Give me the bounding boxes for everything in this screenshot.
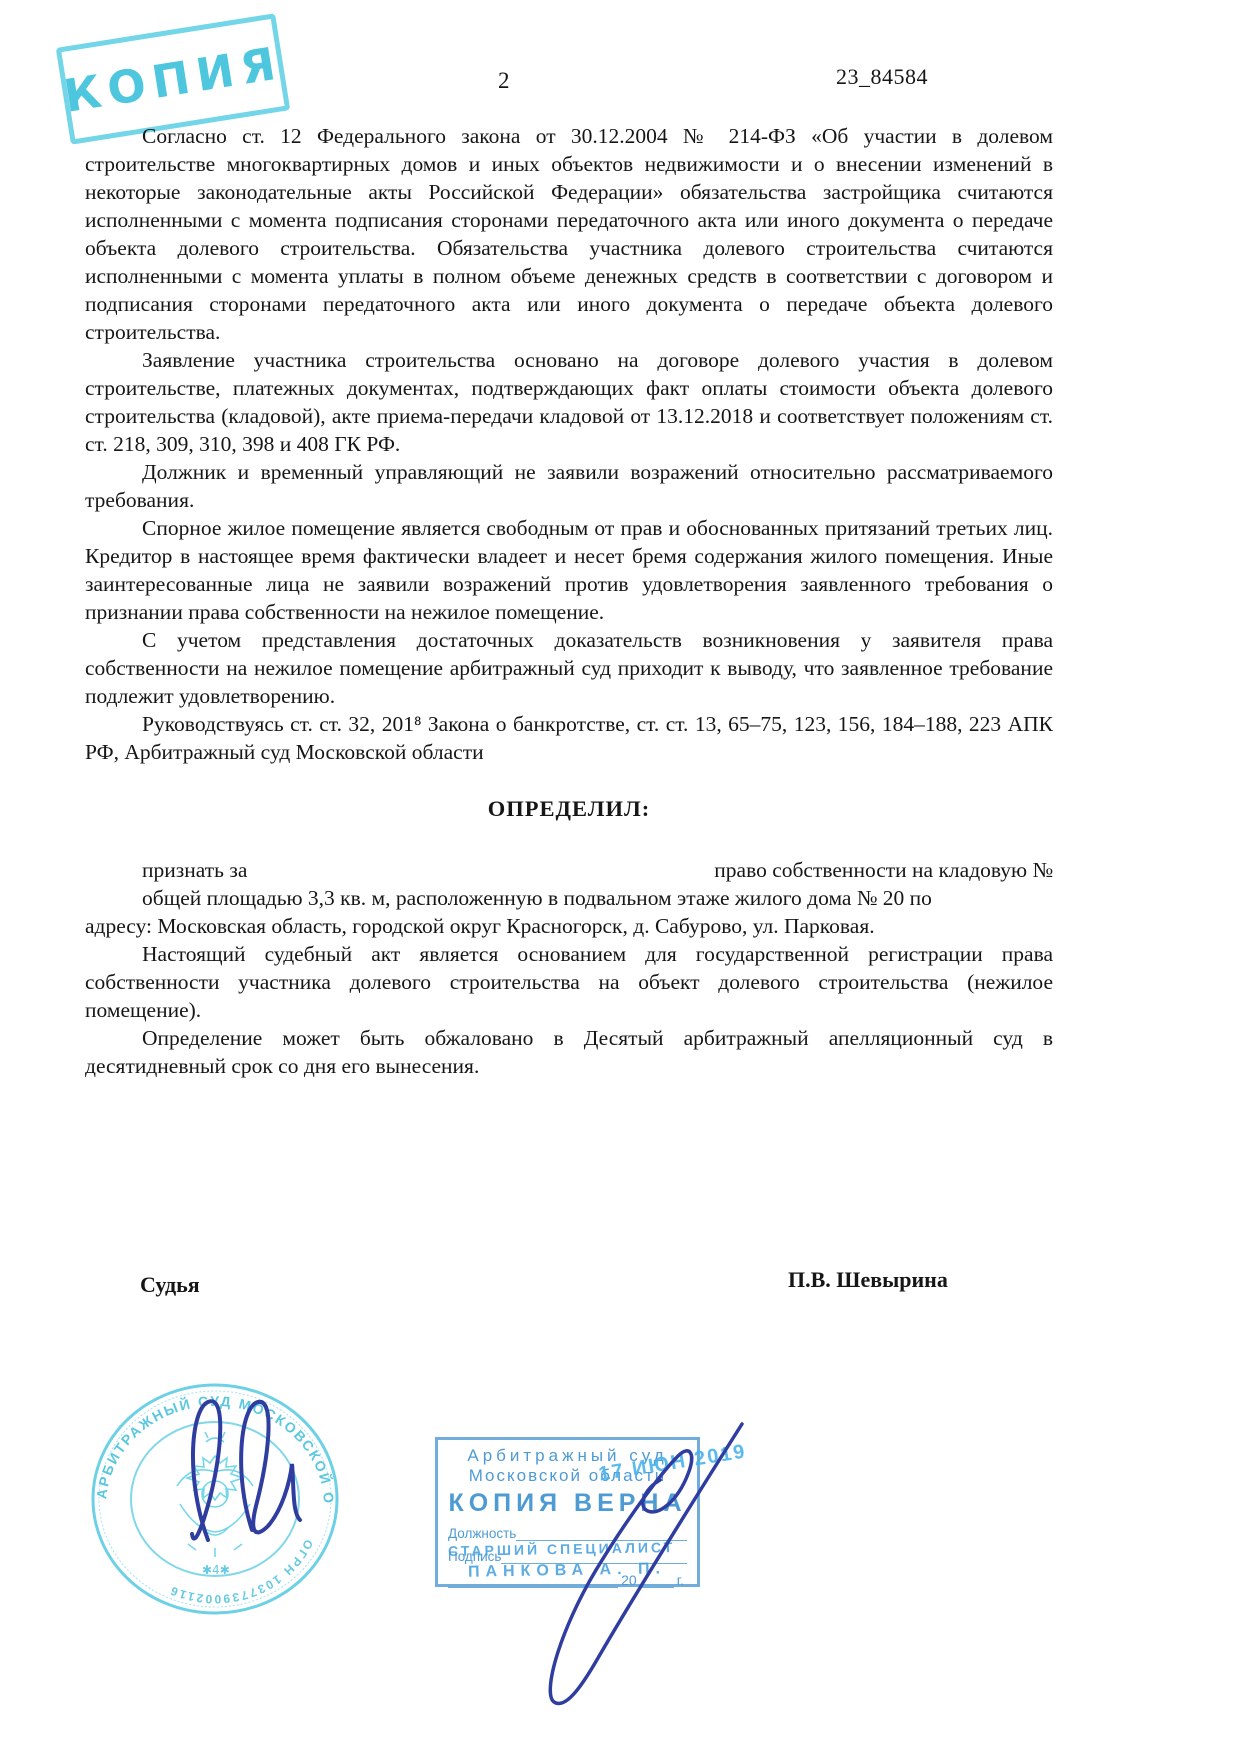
operative-line: адресу: Московская область, городской ок… [85,912,1053,940]
eagle-emblem [177,1432,253,1557]
seal-court-name: АРБИТРАЖНЫЙ СУД МОСКОВСКОЙ ОБЛАСТИ [84,1378,337,1506]
document-body: Согласно ст. 12 Федерального закона от 3… [85,122,1053,1080]
paragraph: Настоящий судебный акт является основани… [85,940,1053,1024]
court-seal: АРБИТРАЖНЫЙ СУД МОСКОВСКОЙ ОБЛАСТИ ОГРН … [84,1378,346,1624]
case-number: 23_84584 [836,64,928,90]
operative-line: признать за право собственности на кладо… [85,856,1053,884]
page-number: 2 [498,68,510,94]
paragraph: С учетом представления достаточных доказ… [85,626,1053,710]
paragraph: Спорное жилое помещение является свободн… [85,514,1053,626]
stamp-copy-verna: КОПИЯ ВЕРНА [448,1489,687,1518]
paragraph: Согласно ст. 12 Федерального закона от 3… [85,122,1053,346]
paragraph: Руководствуясь ст. ст. 32, 201⁸ Закона о… [85,710,1053,766]
paragraph: Определение может быть обжаловано в Деся… [85,1024,1053,1080]
closing-paragraphs: Настоящий судебный акт является основани… [85,940,1053,1080]
svg-text:АРБИТРАЖНЫЙ СУД МОСКОВСКОЙ ОБЛ: АРБИТРАЖНЫЙ СУД МОСКОВСКОЙ ОБЛАСТИ [84,1378,337,1506]
clerk-name-stamp: ПАНКОВА А. П. [468,1560,666,1581]
operative-line: общей площадью 3,3 кв. м, расположенную … [85,884,1053,912]
seal-mark: ✱4✱ [202,1563,230,1577]
document-page: 2 23_84584 КОПИЯ Согласно ст. 12 Федерал… [0,0,1240,1753]
judge-label: Судья [140,1272,200,1298]
paragraph: Заявление участника строительства основа… [85,346,1053,458]
operative-right: право собственности на кладовую № [714,856,1053,884]
resolution-heading: ОПРЕДЕЛИЛ: [85,796,1053,822]
operative-recognize: признать за [142,856,247,884]
copy-stamp-label: КОПИЯ [60,36,286,123]
paragraph: Должник и временный управляющий не заяви… [85,458,1053,514]
stamp-position-label: Должность [448,1526,516,1541]
judge-name: П.В. Шевырина [788,1267,948,1293]
stamp-year-suffix: г. [677,1572,684,1588]
